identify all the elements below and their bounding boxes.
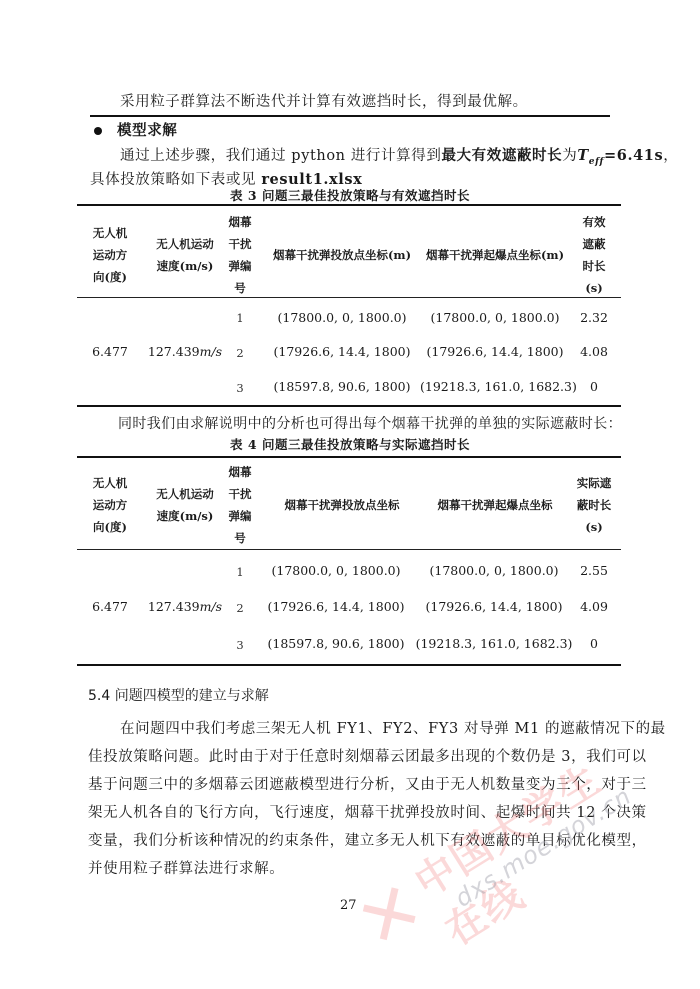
table4-header-release: 烟幕干扰弹投放点坐标: [262, 494, 422, 516]
table3-caption: 表 3 问题三最佳投放策略与有效遮挡时长: [0, 186, 700, 204]
table3-speed: 127.439m/s: [140, 344, 230, 359]
table3-header-duration: 有效 遮蔽 时长 (s): [570, 211, 618, 299]
section-paragraph-line: 基于问题三中的多烟幕云团遮蔽模型进行分析，又由于无人机数量变为三个，对于三: [88, 773, 647, 794]
bullet-title: 模型求解: [117, 119, 177, 140]
bullet-icon: [94, 127, 102, 135]
result-bold: 最大有效遮蔽时长: [441, 147, 562, 164]
section-paragraph-line: 架无人机各自的飞行方向，飞行速度，烟幕干扰弹投放时间、起爆时间共 12 个决策: [88, 801, 647, 822]
table4-header-detonate: 烟幕干扰弹起爆点坐标: [420, 494, 570, 516]
formula-subscript: eff: [589, 157, 604, 167]
table4-caption: 表 4 问题三最佳投放策略与实际遮挡时长: [0, 435, 700, 453]
table4-header-duration: 实际遮 蔽时长 (s): [566, 472, 622, 538]
table4-header-direction: 无人机 运动方 向(度): [80, 472, 140, 538]
result-paragraph-line1: 通过上述步骤，我们通过 python 进行计算得到最大有效遮蔽时长为Teff=6…: [120, 144, 678, 167]
between-paragraph: 同时我们由求解说明中的分析也可得出每个烟幕干扰弹的单独的实际遮蔽时长：: [118, 413, 622, 433]
table3-header-index: 烟幕 干扰 弹编 号: [222, 211, 258, 299]
section-paragraph-line: 并使用粒子群算法进行求解。: [88, 857, 284, 878]
intro-line: 采用粒子群算法不断迭代并计算有效遮挡时长，得到最优解。: [120, 90, 528, 111]
table3-bottom-rule: [77, 405, 621, 407]
table4-direction: 6.477: [80, 599, 140, 614]
table4-bottom-rule: [77, 664, 621, 666]
section-paragraph-line: 佳投放策略问题。此时由于对于任意时刻烟幕云团最多出现的个数仍是 3，我们可以: [88, 745, 647, 766]
table4-header-speed: 无人机运动 速度(m/s): [140, 483, 230, 527]
table3-header-rule: [77, 297, 621, 298]
result-prefix: 通过上述步骤，我们通过 python 进行计算得到: [120, 148, 441, 164]
table3-header-speed: 无人机运动 速度(m/s): [140, 233, 230, 277]
table3-direction: 6.477: [80, 344, 140, 359]
watermark-logo-icon: ✕: [342, 863, 438, 966]
table4-speed: 127.439m/s: [140, 599, 230, 614]
result-mid: 为: [562, 148, 577, 164]
section-heading: 5.4 问题四模型的建立与求解: [88, 685, 269, 705]
formula-T: T: [577, 147, 588, 164]
formula-value: =6.41s: [604, 147, 663, 164]
result-suffix: ，: [663, 148, 678, 164]
table3-header-direction: 无人机 运动方 向(度): [80, 222, 140, 288]
table4-header-index: 烟幕 干扰 弹编 号: [222, 461, 258, 549]
table4-top-rule: [77, 456, 621, 458]
table3-header-detonate: 烟幕干扰弹起爆点坐标(m): [420, 244, 570, 266]
page-number: 27: [340, 898, 357, 913]
section-paragraph-line: 变量，我们分析该种情况的约束条件，建立多无人机下有效遮蔽的单目标优化模型，: [88, 829, 647, 850]
table3-top-rule: [77, 204, 621, 206]
table3-header-release: 烟幕干扰弹投放点坐标(m): [262, 244, 422, 266]
section-paragraph-line: 在问题四中我们考虑三架无人机 FY1、FY2、FY3 对导弹 M1 的遮蔽情况下…: [120, 717, 666, 738]
intro-divider: [90, 115, 610, 117]
table4-header-rule: [77, 549, 621, 550]
